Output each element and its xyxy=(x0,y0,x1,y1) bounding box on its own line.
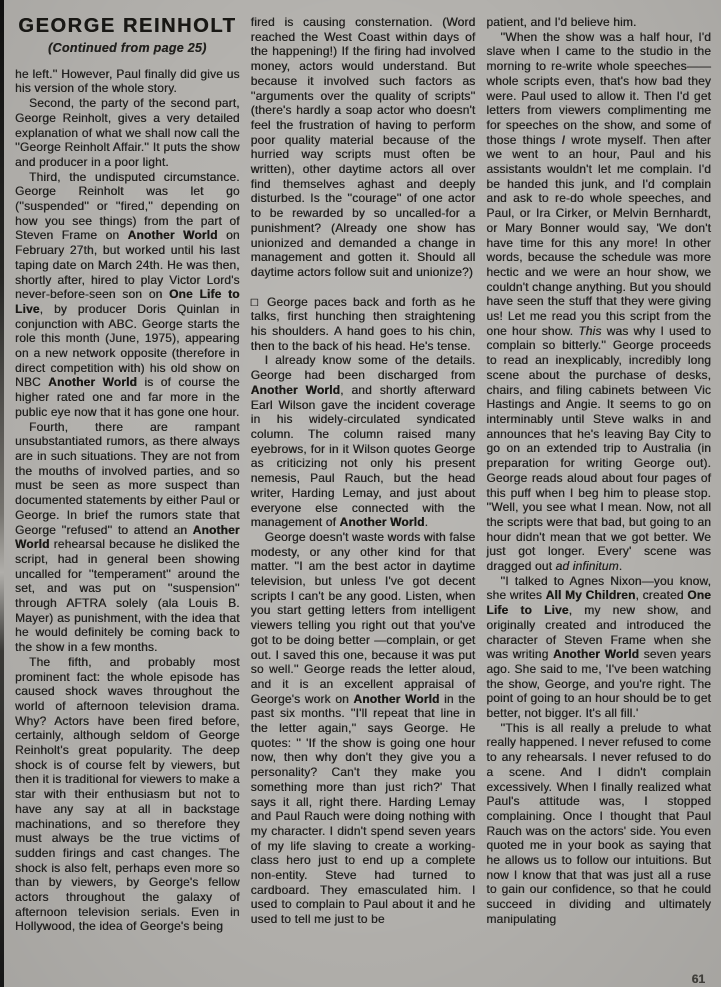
paragraph: ''When the show was a half hour, I'd sla… xyxy=(486,30,711,574)
paragraph: The fifth, and probably most prominent f… xyxy=(15,655,240,934)
paragraph: he left.'' However, Paul finally did giv… xyxy=(15,67,240,96)
paragraph: I already know some of the details. Geor… xyxy=(251,353,476,529)
article-header: GEORGE REINHOLT (Continued from page 25) xyxy=(15,8,240,56)
column-text: he left.'' However, Paul finally did giv… xyxy=(15,67,240,934)
page-number: 61 xyxy=(692,972,705,986)
article-title: GEORGE REINHOLT xyxy=(15,15,240,37)
magazine-page: GEORGE REINHOLT (Continued from page 25)… xyxy=(0,0,721,987)
text-column-2: fired is causing consternation. (Word re… xyxy=(251,8,476,934)
paragraph: ''I talked to Agnes Nixon—you know, she … xyxy=(486,574,711,721)
column-text: patient, and I'd believe him.''When the … xyxy=(486,15,711,927)
paragraph: Second, the party of the second part, Ge… xyxy=(15,96,240,170)
paragraph: ''This is all really a prelude to what r… xyxy=(486,721,711,927)
text-column-1: GEORGE REINHOLT (Continued from page 25)… xyxy=(15,8,240,934)
paragraph: □ George paces back and forth as he talk… xyxy=(251,295,476,354)
paragraph: Fourth, there are rampant unsubstantiate… xyxy=(15,420,240,655)
paragraph: George doesn't waste words with false mo… xyxy=(251,530,476,927)
column-text: fired is causing consternation. (Word re… xyxy=(251,15,476,927)
scan-edge-shadow xyxy=(0,0,4,987)
article-body: GEORGE REINHOLT (Continued from page 25)… xyxy=(0,0,721,934)
paragraph: patient, and I'd believe him. xyxy=(486,15,711,30)
paragraph: Third, the undisputed circumstance. Geor… xyxy=(15,170,240,420)
paragraph: fired is causing consternation. (Word re… xyxy=(251,15,476,280)
continued-from-note: (Continued from page 25) xyxy=(15,41,240,56)
text-column-3: patient, and I'd believe him.''When the … xyxy=(486,8,711,934)
